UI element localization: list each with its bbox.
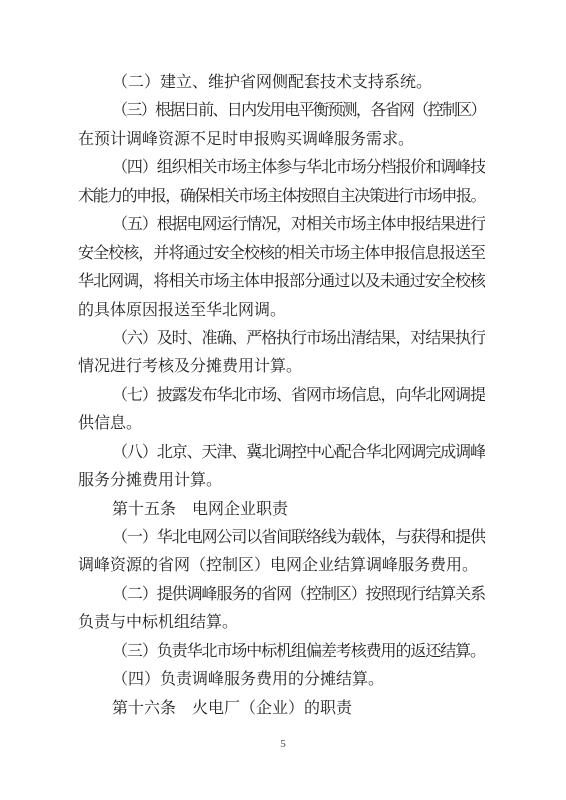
text-line: 华北网调，将相关市场主体申报部分通过以及未通过安全校核 [78,268,485,296]
text-line: 的具体原因报送至华北网调。 [78,297,485,325]
article-heading-line: 第十五条 电网企业职责 [78,496,485,524]
text-line: （三）根据日前、日内发用电平衡预测，各省网（控制区） [78,97,485,125]
text-line: 术能力的申报，确保相关市场主体按照自主决策进行市场申报。 [78,183,485,211]
text-line: 供信息。 [78,410,485,438]
text-line: 负责与中标机组结算。 [78,609,485,637]
article-heading-line: 第十六条 火电厂（企业）的职责 [78,695,485,723]
text-line: （二）建立、维护省网侧配套技术支持系统。 [78,69,485,97]
text-line: （五）根据电网运行情况，对相关市场主体申报结果进行 [78,211,485,239]
text-line: （四）负责调峰服务费用的分摊结算。 [78,666,485,694]
page-number: 5 [0,737,566,751]
text-line: 调峰资源的省网（控制区）电网企业结算调峰服务费用。 [78,552,485,580]
text-line: 安全校核，并将通过安全校核的相关市场主体申报信息报送至 [78,240,485,268]
text-line: 在预计调峰资源不足时申报购买调峰服务需求。 [78,126,485,154]
document-body: （二）建立、维护省网侧配套技术支持系统。（三）根据日前、日内发用电平衡预测，各省… [78,69,485,723]
text-line: （二）提供调峰服务的省网（控制区）按照现行结算关系 [78,581,485,609]
text-line: 服务分摊费用计算。 [78,467,485,495]
document-page: （二）建立、维护省网侧配套技术支持系统。（三）根据日前、日内发用电平衡预测，各省… [0,0,566,800]
text-line: 情况进行考核及分摊费用计算。 [78,353,485,381]
text-line: （四）组织相关市场主体参与华北市场分档报价和调峰技 [78,154,485,182]
text-line: （六）及时、准确、严格执行市场出清结果，对结果执行 [78,325,485,353]
text-line: （三）负责华北市场中标机组偏差考核费用的返还结算。 [78,638,485,666]
text-line: （八）北京、天津、冀北调控中心配合华北网调完成调峰 [78,439,485,467]
text-line: （一）华北电网公司以省间联络线为载体，与获得和提供 [78,524,485,552]
text-line: （七）披露发布华北市场、省网市场信息，向华北网调提 [78,382,485,410]
